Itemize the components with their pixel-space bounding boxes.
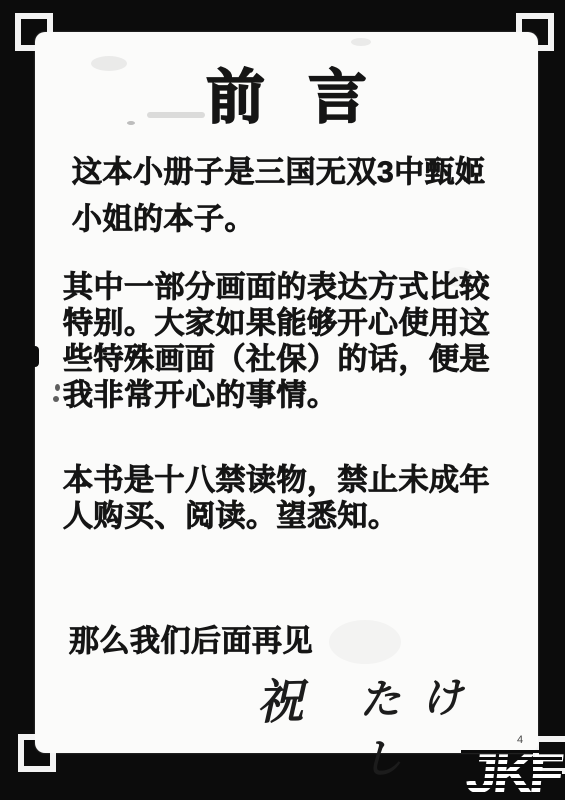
- paragraph-line: 特别。大家如果能够开心使用这: [63, 306, 490, 342]
- page-title: 前言: [35, 50, 538, 134]
- paper-edge-nick: [32, 346, 39, 367]
- scan-speck: [53, 396, 59, 402]
- paragraph-line: 其中一部分画面的表达方式比较: [63, 270, 490, 306]
- scanned-document-page: 前言 这本小册子是三国无双3中甄姬 小姐的本子。 其中一部分画面的表达方式比较 …: [0, 0, 565, 800]
- paragraph-special-scenes: 其中一部分画面的表达方式比较 特别。大家如果能够开心使用这 些特殊画面（社保）的…: [63, 270, 490, 414]
- paragraph-line: 这本小册子是三国无双3中甄姬: [72, 149, 486, 196]
- paragraph-line: 小姐的本子。: [72, 196, 486, 243]
- paragraph-line: 我非常开心的事情。: [63, 378, 490, 414]
- watermark-stripe-overlay: [461, 746, 562, 800]
- paragraph-line: 人购买、阅读。望悉知。: [63, 499, 490, 535]
- paragraph-line: 那么我们后面再见: [69, 624, 313, 660]
- scan-smudge: [351, 38, 371, 46]
- paper-sheet: 前言 这本小册子是三国无双3中甄姬 小姐的本子。 其中一部分画面的表达方式比较 …: [35, 32, 538, 753]
- jkf-watermark-logo: JKF: [467, 750, 562, 800]
- paragraph-line: 些特殊画面（社保）的话，便是: [63, 342, 490, 378]
- scan-smudge: [329, 620, 401, 664]
- paragraph-intro: 这本小册子是三国无双3中甄姬 小姐的本子。: [72, 149, 486, 243]
- scan-speck: [55, 384, 60, 391]
- signature-surname: 祝: [255, 664, 304, 732]
- paragraph-farewell: 那么我们后面再见: [69, 624, 313, 660]
- paragraph-line: 本书是十八禁读物，禁止未成年: [63, 463, 490, 499]
- paragraph-age-warning: 本书是十八禁读物，禁止未成年 人购买、阅读。望悉知。: [63, 463, 490, 535]
